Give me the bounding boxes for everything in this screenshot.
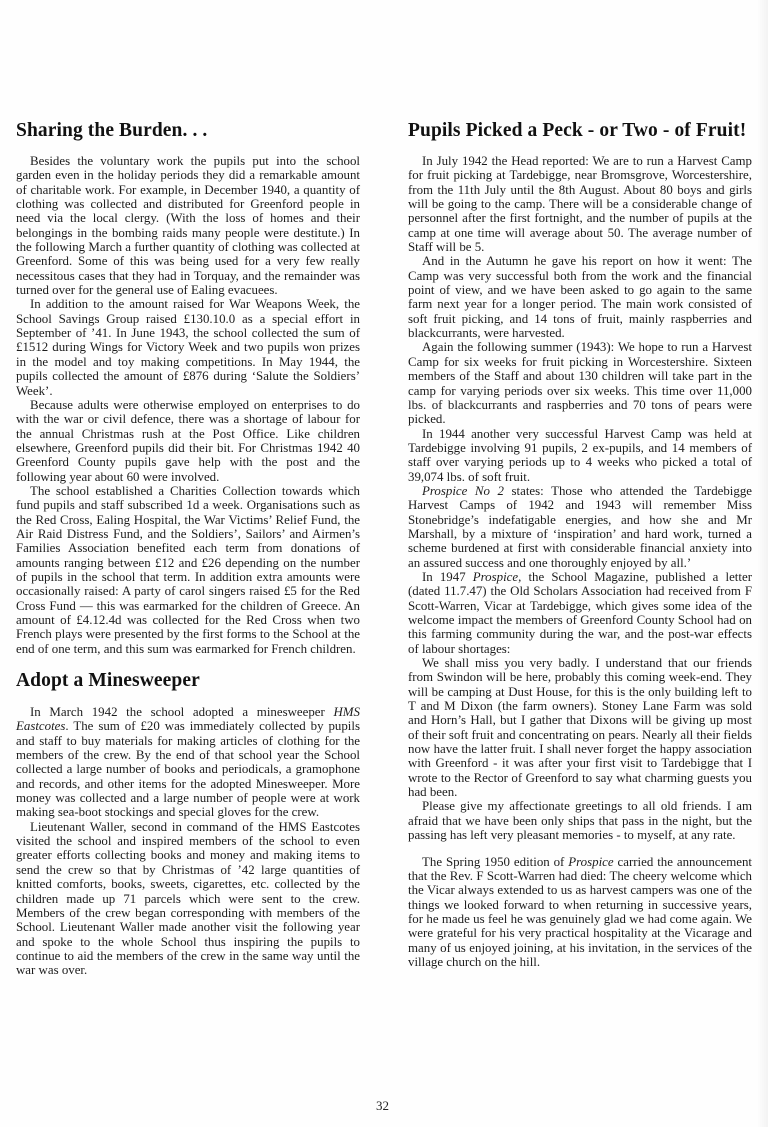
text-run: . The sum of £20 was immediately collect… (16, 719, 360, 819)
section-pupils-picked-fruit: Pupils Picked a Peck - or Two - of Fruit… (408, 119, 752, 969)
paragraph: In 1947 Prospice, the School Magazine, p… (408, 570, 752, 656)
magazine-title-italic: Prospice (473, 570, 518, 584)
left-column: Sharing the Burden. . . Besides the volu… (16, 119, 360, 978)
magazine-title-italic: Prospice No 2 (422, 484, 504, 498)
paragraph: In 1944 another very successful Harvest … (408, 427, 752, 484)
text-run: carried the announ­cement that the Rev. … (408, 855, 752, 969)
section-adopt-a-minesweeper: Adopt a Minesweeper In March 1942 the sc… (16, 669, 360, 978)
page-edge-shadow (758, 0, 768, 1127)
paragraph: In July 1942 the Head reported: We are t… (408, 154, 752, 254)
paragraph: And in the Autumn he gave his report on … (408, 254, 752, 340)
section-sharing-the-burden: Sharing the Burden. . . Besides the volu… (16, 119, 360, 656)
text-run: In March 1942 the school adopted a mines… (30, 705, 334, 719)
text-run: The Spring 1950 edition of (422, 855, 568, 869)
section-heading: Sharing the Burden. . . (16, 119, 360, 143)
paragraph: The school established a Charities Colle… (16, 484, 360, 656)
page-number: 32 (376, 1098, 389, 1114)
paragraph: Again the following summer (1943): We ho… (408, 340, 752, 426)
paragraph: In March 1942 the school adopted a mines… (16, 705, 360, 820)
paragraph: Prospice No 2 states: Those who attended… (408, 484, 752, 570)
paragraph: The Spring 1950 edition of Prospice carr… (408, 855, 752, 970)
paragraph: Because adults were otherwise employed o… (16, 398, 360, 484)
right-column: Pupils Picked a Peck - or Two - of Fruit… (408, 119, 752, 969)
letter-paragraph: We shall miss you very badly. I understa… (408, 656, 752, 799)
section-heading: Pupils Picked a Peck - or Two - of Fruit… (408, 119, 752, 143)
letter-paragraph: Please give my affectionate greetings to… (408, 799, 752, 842)
paragraph: Besides the voluntary work the pupils pu… (16, 154, 360, 297)
text-run: In 1947 (422, 570, 473, 584)
paragraph: Lieutenant Waller, second in command of … (16, 820, 360, 978)
magazine-title-italic: Prospice (568, 855, 613, 869)
paragraph: In addition to the amount raised for War… (16, 297, 360, 397)
section-heading: Adopt a Minesweeper (16, 669, 360, 693)
